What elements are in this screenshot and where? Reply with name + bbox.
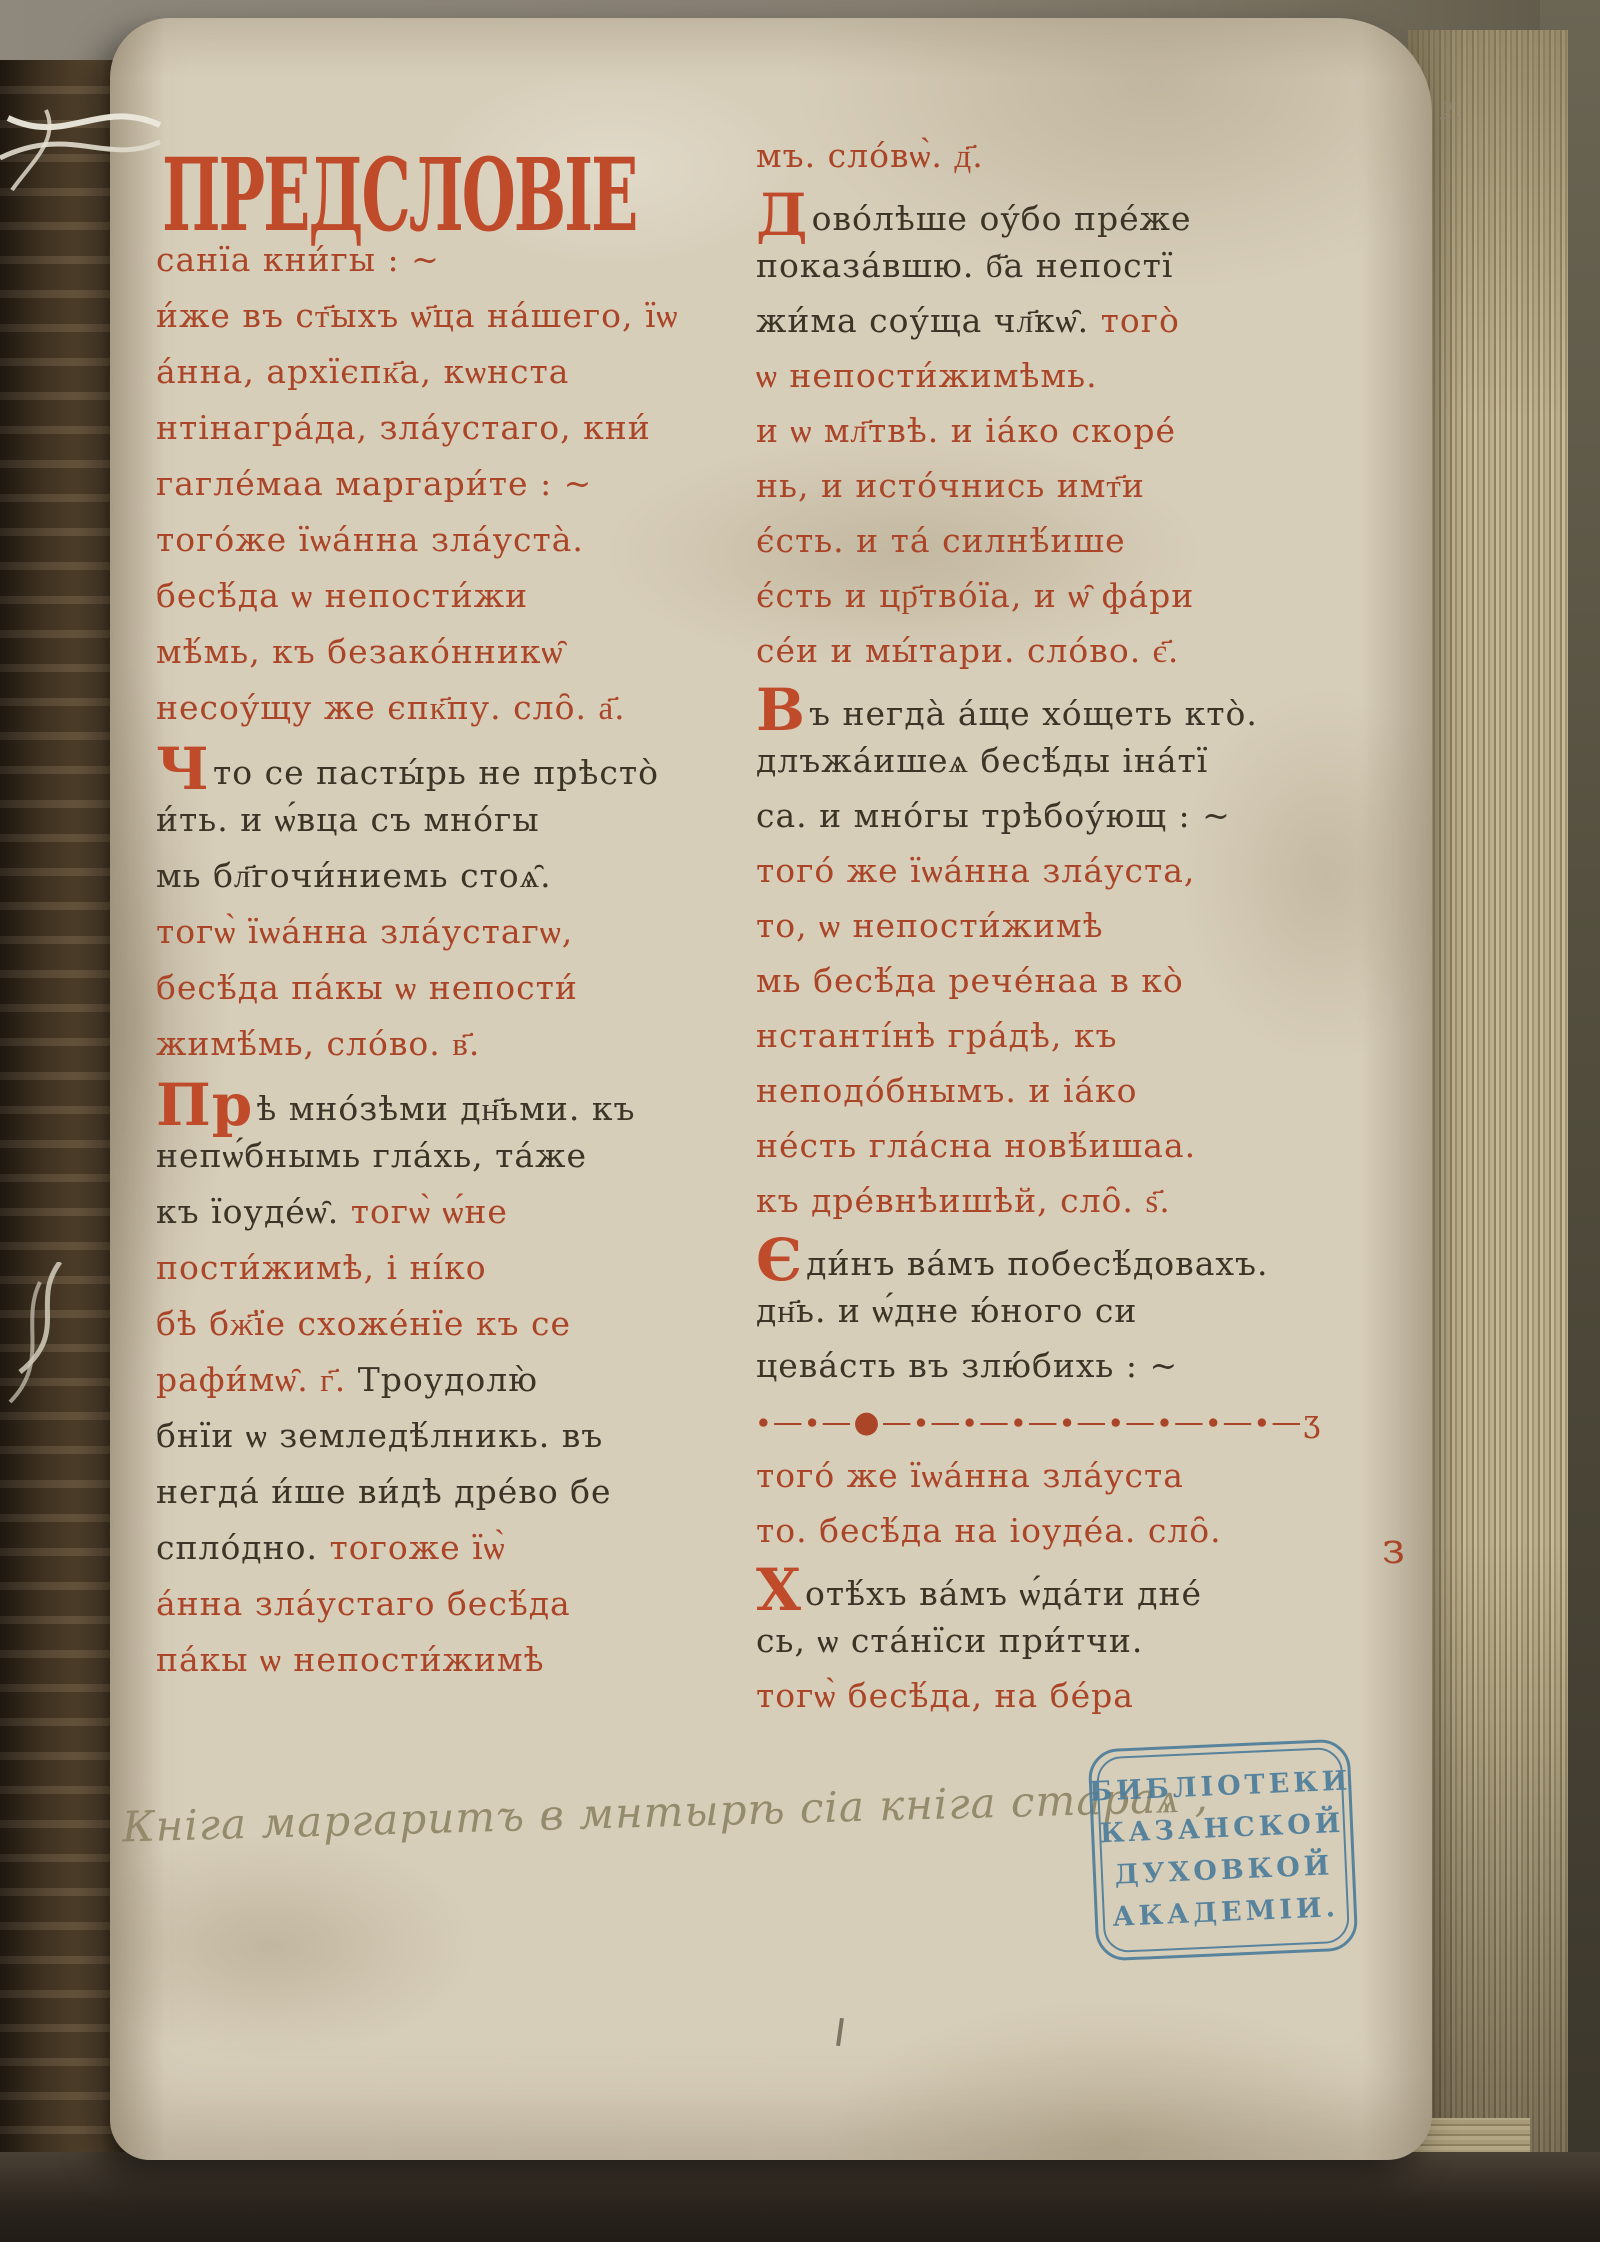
text-segment: то, ѡ непости́жимѣ — [756, 906, 1104, 945]
manuscript-line: неподо́бнымъ. и іа́ко — [756, 1063, 1356, 1118]
manuscript-line: къ дре́внѣишѣй, сло̑. ѕ҃. — [756, 1173, 1356, 1228]
text-segment: того́ же їѡа́нна зла́уста — [756, 1456, 1184, 1495]
pencil-folio-number: 2. — [1440, 100, 1461, 125]
text-segment: несоу́щу же єпк҃пу. сло̑. а҃. — [156, 688, 626, 727]
text-segment: бнїи ѡ земледѣ́лникь. въ — [156, 1416, 603, 1455]
text-segment: є́сть. и та́ силнѣ́ише — [756, 521, 1126, 560]
text-segment: нь, и исто́чнись имт҃и — [756, 466, 1145, 505]
manuscript-line: и́же въ ст҃ыхъ ѡ҃ца на́шего, їѡ — [156, 288, 656, 344]
text-segment: того́же їѡа́нна зла́уста̀. — [156, 520, 584, 559]
library-stamp: БИБЛІОТЕКИ КАЗАНСКОЙ ДУХОВКОЙ АКАДЕМІИ. — [1088, 1738, 1359, 1961]
manuscript-line: того́ же їѡа́нна зла́уста, — [756, 843, 1356, 898]
text-segment: бесѣ́да ѡ непости́жи — [156, 576, 528, 615]
manuscript-line: Дово́лѣше оу́бо пре́же — [756, 183, 1356, 238]
text-segment: длъжа́ишеѧ бесѣ́ды іна́тї — [756, 741, 1208, 780]
divider-dots: ∙—∙—●—∙—∙—∙—∙—∙—∙—∙—∙—ʒ — [756, 1405, 1322, 1440]
drop-cap-initial: Є — [756, 1226, 803, 1294]
text-segment: тогѡ̀ бесѣ́да, на бе́ра — [756, 1676, 1134, 1715]
text-segment: спло́дно. — [156, 1528, 329, 1567]
manuscript-line: мѣ́мь, къ безако́нникѡ̑ — [156, 624, 656, 680]
text-segment: гагле́маа маргари́те : ~ — [156, 464, 592, 503]
manuscript-line: того́ же їѡа́нна зла́уста — [756, 1448, 1356, 1503]
margin-chapter-number: з — [1382, 1524, 1405, 1573]
manuscript-line: не́сть гла́сна новѣ́ишаа. — [756, 1118, 1356, 1173]
text-segment: ово́лѣше оу́бо пре́же — [812, 199, 1192, 238]
text-segment: тогѡ̀ ѡ́не — [351, 1192, 508, 1231]
ornamental-divider: ∙—∙—●—∙—∙—∙—∙—∙—∙—∙—∙—ʒ — [756, 1393, 1356, 1448]
text-segment: са. и мно́гы трѣбоу́ющ : ~ — [756, 796, 1231, 835]
text-segment: сь, ѡ ста́нїси при́тчи. — [756, 1621, 1143, 1660]
text-segment: бѣ бж҃їе схоже́нїе къ се — [156, 1304, 571, 1343]
text-segment: того̀ — [1101, 301, 1180, 340]
manuscript-line: Въ негда̀ а́ще хо́щеть кто̀. — [756, 678, 1356, 733]
left-text-column: санїа кни́гы : ~и́же въ ст҃ыхъ ѡ҃ца на́ш… — [156, 232, 656, 1688]
manuscript-line: Єди́нъ ва́мъ побесѣ́довахъ. — [756, 1228, 1356, 1283]
manuscript-line: то, ѡ непости́жимѣ — [756, 898, 1356, 953]
text-segment: жи́ма соу́ща чл҃кѡ̑. — [756, 301, 1101, 340]
text-segment: къ їоуде́ѡ̑. — [156, 1192, 351, 1231]
manuscript-line: длъжа́ишеѧ бесѣ́ды іна́тї — [756, 733, 1356, 788]
text-segment: непѡ́бнымь гла́хь, та́же — [156, 1136, 587, 1175]
text-segment: жимѣ́мь, сло́во. в҃. — [156, 1024, 480, 1063]
text-segment: є́сть и цр҃тво́їа, и ѡ̑ фа́ри — [756, 576, 1194, 615]
manuscript-line: є́сть и цр҃тво́їа, и ѡ̑ фа́ри — [756, 568, 1356, 623]
manuscript-line: цева́сть въ злю́бихь : ~ — [756, 1338, 1356, 1393]
manuscript-line: жи́ма соу́ща чл҃кѡ̑. того̀ — [756, 293, 1356, 348]
text-segment: мь бесѣ́да рече́наа в ко̀ — [756, 961, 1184, 1000]
manuscript-line: мь бесѣ́да рече́наа в ко̀ — [756, 953, 1356, 1008]
manuscript-line: и ѡ мл҃твѣ. и іа́ко скоре́ — [756, 403, 1356, 458]
text-segment: санїа кни́гы : ~ — [156, 240, 440, 279]
text-segment: и́ть. и ѡ́вца съ мно́гы — [156, 800, 540, 839]
manuscript-line: и́ть. и ѡ́вца съ мно́гы — [156, 792, 656, 848]
background-bottom-shadow — [0, 2152, 1600, 2242]
text-segment: тогоже їѡ̀ — [329, 1528, 505, 1567]
text-segment: мь бл҃гочи́ниемь стоѧ̑. — [156, 856, 552, 895]
manuscript-line: негда́ и́ше ви́дѣ дре́во бе — [156, 1464, 656, 1520]
manuscript-line: а́нна зла́устаго бесѣ́да — [156, 1576, 656, 1632]
text-segment: негда́ и́ше ви́дѣ дре́во бе — [156, 1472, 612, 1511]
manuscript-line: пости́жимѣ, і ні́ко — [156, 1240, 656, 1296]
text-segment: ѡ непости́жимѣмь. — [756, 356, 1098, 395]
manuscript-line: сь, ѡ ста́нїси при́тчи. — [756, 1613, 1356, 1668]
manuscript-line: то. бесѣ́да на іоуде́а. сло̑. — [756, 1503, 1356, 1558]
text-segment: не́сть гла́сна новѣ́ишаа. — [756, 1126, 1196, 1165]
text-segment: показа́вшю. б҃а непостї — [756, 246, 1173, 285]
text-segment: то. бесѣ́да на іоуде́а. сло̑. — [756, 1511, 1222, 1550]
drop-cap-initial: Ч — [156, 735, 210, 803]
text-segment: ъ негда̀ а́ще хо́щеть кто̀. — [809, 694, 1258, 733]
text-segment: неподо́бнымъ. и іа́ко — [756, 1071, 1138, 1110]
manuscript-line: а́нна, архїєпк҃а, кѡнста — [156, 344, 656, 400]
manuscript-line: рафи́мѡ̑. г҃. Троудолю̀ — [156, 1352, 656, 1408]
manuscript-line: є́сть. и та́ силнѣ́ише — [756, 513, 1356, 568]
manuscript-line: ѡ непости́жимѣмь. — [756, 348, 1356, 403]
right-text-column: мъ. сло́вѡ̀. д҃.Дово́лѣше оу́бо пре́жепо… — [756, 128, 1356, 1723]
manuscript-line: бнїи ѡ земледѣ́лникь. въ — [156, 1408, 656, 1464]
text-segment: дн҃ь. и ѡ́дне ю́ного си — [756, 1291, 1137, 1330]
text-segment: къ дре́внѣишѣй, сло̑. ѕ҃. — [756, 1181, 1171, 1220]
text-segment: мѣ́мь, къ безако́нникѡ̑ — [156, 632, 563, 671]
drop-cap-initial: Пр — [156, 1071, 253, 1139]
stray-ink-mark — [836, 2018, 844, 2046]
text-segment: бесѣ́да па́кы ѡ непости́ — [156, 968, 578, 1007]
text-segment: се́и и мы́тари. сло́во. є҃. — [756, 631, 1179, 670]
manuscript-line: жимѣ́мь, сло́во. в҃. — [156, 1016, 656, 1072]
sewing-thread — [0, 1262, 120, 1412]
drop-cap-initial: Д — [756, 181, 809, 249]
manuscript-line: санїа кни́гы : ~ — [156, 232, 656, 288]
drop-cap-initial: Х — [756, 1556, 802, 1624]
text-segment: и́же въ ст҃ыхъ ѡ҃ца на́шего, їѡ — [156, 296, 678, 335]
manuscript-line: Что се пасты́рь не прѣсто̀ — [156, 736, 656, 792]
manuscript-line: па́кы ѡ непости́жимѣ — [156, 1632, 656, 1688]
text-segment: тогѡ̀ їѡа́нна зла́устагѡ, — [156, 912, 573, 951]
manuscript-line: нь, и исто́чнись имт҃и — [756, 458, 1356, 513]
manuscript-line: мь бл҃гочи́ниемь стоѧ̑. — [156, 848, 656, 904]
text-segment: Троудолю̀ — [358, 1360, 538, 1399]
manuscript-line: Прѣ мно́зѣми дн҃ьми. къ — [156, 1072, 656, 1128]
text-segment: то се пасты́рь не прѣсто̀ — [213, 753, 659, 792]
manuscript-line: тогѡ̀ бесѣ́да, на бе́ра — [756, 1668, 1356, 1723]
manuscript-line: показа́вшю. б҃а непостї — [756, 238, 1356, 293]
text-segment: а́нна, архїєпк҃а, кѡнста — [156, 352, 569, 391]
text-segment: цева́сть въ злю́бихь : ~ — [756, 1346, 1178, 1385]
text-segment: и ѡ мл҃твѣ. и іа́ко скоре́ — [756, 411, 1176, 450]
text-segment: ди́нъ ва́мъ побесѣ́довахъ. — [806, 1244, 1268, 1283]
manuscript-line: Хотѣ́хъ ва́мъ ѡ́да́ти дне́ — [756, 1558, 1356, 1613]
manuscript-line: бѣ бж҃їе схоже́нїе къ се — [156, 1296, 656, 1352]
manuscript-line: нстанті́нѣ гра́дѣ, къ — [756, 1008, 1356, 1063]
text-segment: мъ. сло́вѡ̀. д҃. — [756, 136, 984, 175]
owner-inscription: Кніга маргаритъ в мнтырѣ сіа кніга стара… — [121, 1777, 1022, 1852]
photo-of-manuscript: { "meta": { "description": "Photograph o… — [0, 0, 1600, 2242]
manuscript-line: нтінагра́да, зла́устаго, кни́ — [156, 400, 656, 456]
stamp-inner-border: БИБЛІОТЕКИ КАЗАНСКОЙ ДУХОВКОЙ АКАДЕМІИ. — [1096, 1747, 1350, 1954]
manuscript-line: несоу́щу же єпк҃пу. сло̑. а҃. — [156, 680, 656, 736]
text-segment: па́кы ѡ непости́жимѣ — [156, 1640, 544, 1679]
text-segment: нстанті́нѣ гра́дѣ, къ — [756, 1016, 1118, 1055]
manuscript-line: бесѣ́да ѡ непости́жи — [156, 568, 656, 624]
sewing-thread — [0, 80, 170, 210]
text-segment: рафи́мѡ̑. г҃. — [156, 1360, 358, 1399]
manuscript-page: ПРЕДСЛОВІЕ НАПИ санїа кни́гы : ~и́же въ … — [110, 18, 1432, 2160]
book-fore-edge-pages — [1408, 30, 1568, 2190]
text-segment: отѣ́хъ ва́мъ ѡ́да́ти дне́ — [805, 1574, 1202, 1613]
manuscript-line: бесѣ́да па́кы ѡ непости́ — [156, 960, 656, 1016]
manuscript-line: дн҃ь. и ѡ́дне ю́ного си — [756, 1283, 1356, 1338]
text-segment: ѣ мно́зѣми дн҃ьми. къ — [256, 1089, 635, 1128]
text-segment: пости́жимѣ, і ні́ко — [156, 1248, 487, 1287]
drop-cap-initial: В — [756, 676, 806, 744]
manuscript-line: тогѡ̀ їѡа́нна зла́устагѡ, — [156, 904, 656, 960]
stamp-text-line: АКАДЕМІИ. — [1112, 1887, 1340, 1939]
manuscript-line: того́же їѡа́нна зла́уста̀. — [156, 512, 656, 568]
manuscript-line: гагле́маа маргари́те : ~ — [156, 456, 656, 512]
manuscript-line: къ їоуде́ѡ̑. тогѡ̀ ѡ́не — [156, 1184, 656, 1240]
manuscript-line: се́и и мы́тари. сло́во. є҃. — [756, 623, 1356, 678]
manuscript-line: мъ. сло́вѡ̀. д҃. — [756, 128, 1356, 183]
manuscript-line: са. и мно́гы трѣбоу́ющ : ~ — [756, 788, 1356, 843]
text-segment: нтінагра́да, зла́устаго, кни́ — [156, 408, 651, 447]
manuscript-line: спло́дно. тогоже їѡ̀ — [156, 1520, 656, 1576]
text-segment: а́нна зла́устаго бесѣ́да — [156, 1584, 571, 1623]
text-segment: того́ же їѡа́нна зла́уста, — [756, 851, 1195, 890]
stamp-outer-border: БИБЛІОТЕКИ КАЗАНСКОЙ ДУХОВКОЙ АКАДЕМІИ. — [1088, 1738, 1359, 1961]
